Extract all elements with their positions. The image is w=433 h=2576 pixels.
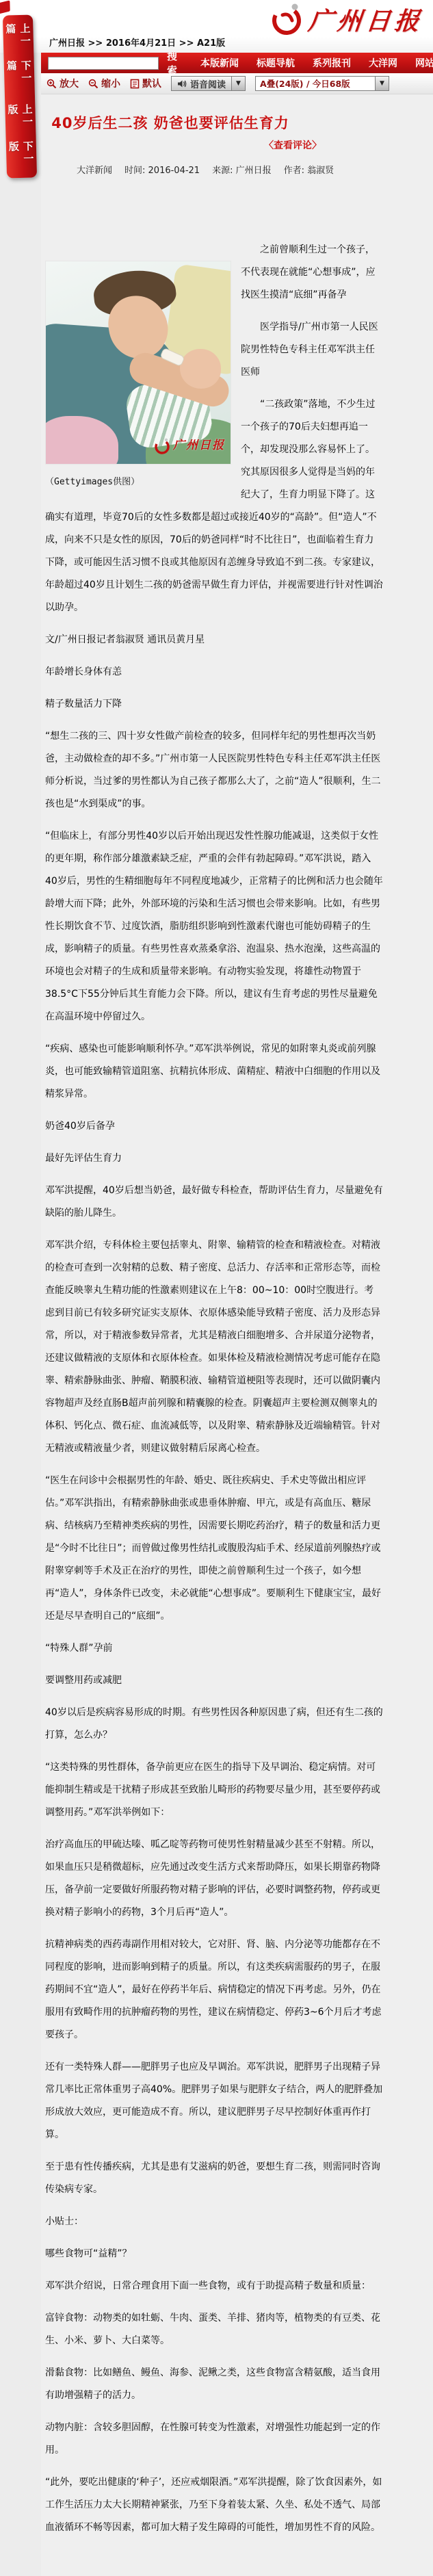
voice-reading-button[interactable]: 语音阅读 bbox=[171, 76, 232, 91]
article-paragraph: “但临床上，有部分男性40岁以后开始出现迟发性性腺功能减退，这类似于女性的更年期… bbox=[45, 825, 383, 1028]
article-paragraph: 富锌食物：动物类的如牡蛎、牛肉、蛋类、羊排、猪肉等，植物类的有豆类、花生、小米、… bbox=[45, 2307, 383, 2352]
article-subheading: 年龄增长身体有恙 bbox=[45, 661, 383, 684]
article-title: 40岁后生二孩 奶爸也要评估生育力 bbox=[51, 112, 290, 133]
article-body: 广州日报 （Gettyimages供图） 之前曾顺利生过一个孩子，不代表现在就能… bbox=[41, 239, 383, 2549]
article-text-flow: 广州日报 （Gettyimages供图） 之前曾顺利生过一个孩子，不代表现在就能… bbox=[45, 239, 383, 2539]
photo-watermark: 广州日报 bbox=[153, 434, 225, 457]
article-subheading: 哪些食物可“益精”？ bbox=[45, 2243, 383, 2265]
article-meta: 大洋新闻 时间: 2016-04-21 来源: 广州日报 作者: 翁淑贤 bbox=[77, 163, 433, 176]
top-nav-bar: 搜索 本版新闻 标题导航 系列报刊 大洋网 网站地图 bbox=[41, 53, 433, 73]
meta-source-site: 大洋新闻 bbox=[77, 163, 112, 176]
side-page-nav: 上一篇 下一篇 上一版 下一版 bbox=[3, 14, 37, 178]
article-subheading: 小贴士： bbox=[45, 2211, 383, 2233]
article-paragraph: “疾病、感染也可能影响顺利怀孕。”邓军洪举例说，常见的如附睾丸炎或前列腺炎，也可… bbox=[45, 1038, 383, 1106]
voice-reading-dropdown-arrow[interactable]: ▼ bbox=[232, 76, 246, 91]
article-paragraph: “这类特殊的男性群体，备孕前更应在医生的指导下及早调治、稳定病情。对可能抑制生精… bbox=[45, 1756, 383, 1824]
next-edition-link[interactable]: 下一版 bbox=[7, 140, 36, 172]
nav-item-current-news[interactable]: 本版新闻 bbox=[200, 56, 239, 70]
site-logo-text: 广州日报 bbox=[306, 2, 425, 37]
zoom-in-button[interactable]: 放大 bbox=[47, 77, 79, 90]
site-header: 广州日报 广州日报 >> 2016年4月21日 >> A21版 bbox=[0, 0, 433, 53]
page-icon bbox=[130, 79, 140, 89]
meta-time: 时间: 2016-04-21 bbox=[124, 163, 200, 176]
article-paragraph: 动物内脏：含较多胆固醇，在性腺可转变为性激素，对增强性功能起到一定的作用。 bbox=[45, 2417, 383, 2462]
search-button[interactable]: 搜索 bbox=[167, 49, 177, 77]
article-photo-block: 广州日报 （Gettyimages供图） bbox=[45, 261, 231, 493]
search-input[interactable] bbox=[48, 57, 159, 70]
meta-origin: 来源: 广州日报 bbox=[212, 163, 272, 176]
next-article-link[interactable]: 下一篇 bbox=[5, 60, 34, 91]
nav-links: 本版新闻 标题导航 系列报刊 大洋网 网站地图 bbox=[200, 56, 433, 70]
photo-baby-head bbox=[180, 349, 221, 389]
meta-author: 作者: 翁淑贤 bbox=[284, 163, 334, 176]
article-paragraph: 滑黏食物：比如鳝鱼、鳗鱼、海参、泥鳅之类，这些食物富含精氨酸，适当食用有助增强精… bbox=[45, 2362, 383, 2407]
article-subheading: 要调整用药或减肥 bbox=[45, 1669, 383, 1692]
newspaper-swirl-logo-icon bbox=[269, 1, 304, 37]
article-subheading: 最好先评估生育力 bbox=[45, 1147, 383, 1170]
prev-article-link[interactable]: 上一篇 bbox=[3, 23, 33, 54]
article-photo: 广州日报 bbox=[45, 261, 231, 465]
article-paragraph: 邓军洪介绍说，日常合理食用下面一些食物，或有于助提高精子数量和质量： bbox=[45, 2275, 383, 2298]
watermark-swirl-icon bbox=[153, 437, 171, 455]
magnifier-minus-icon bbox=[88, 79, 99, 89]
nav-item-series-papers[interactable]: 系列报刊 bbox=[313, 56, 351, 70]
magnifier-plus-icon bbox=[47, 79, 57, 89]
speaker-icon bbox=[177, 79, 187, 88]
article-subheading: “特殊人群”孕前 bbox=[45, 1637, 383, 1660]
article-paragraph: 治疗高血压的甲硫达嗪、呱乙啶等药物可使男性射精量减少甚至不射精。所以，如果血压只… bbox=[45, 1834, 383, 1924]
breadcrumb[interactable]: 广州日报 >> 2016年4月21日 >> A21版 bbox=[49, 36, 225, 49]
article-toolbar: 放大 缩小 默认 语音阅读 ▼ A叠(24版) / 今日68版 ▼ bbox=[41, 73, 433, 94]
watermark-text: 广州日报 bbox=[173, 434, 225, 457]
prev-edition-link[interactable]: 上一版 bbox=[5, 103, 35, 135]
article-subheading: 精子数量活力下降 bbox=[45, 693, 383, 716]
article-paragraph: 抗精神病类的西药毒副作用相对较大，它对肝、肾、脑、内分泌等功能都存在不同程度的影… bbox=[45, 1934, 383, 2046]
article-paragraph: 邓军洪提醒，40岁后想当奶爸，最好做专科检查，帮助评估生育力，尽量避免有缺陷的胎… bbox=[45, 1180, 383, 1225]
photo-caption: （Gettyimages供图） bbox=[45, 471, 231, 493]
article-page: 40岁后生二孩 奶爸也要评估生育力 〈查看评论〉 大洋新闻 时间: 2016-0… bbox=[41, 94, 433, 2576]
view-comments-link[interactable]: 〈查看评论〉 bbox=[41, 138, 322, 152]
article-subheading: 奶爸40岁后备孕 bbox=[45, 1115, 383, 1138]
edition-select[interactable]: A叠(24版) / 今日68版 ▼ bbox=[255, 76, 389, 91]
edition-dropdown-arrow[interactable]: ▼ bbox=[376, 76, 389, 91]
article-paragraph: 还有一类特殊人群——肥胖男子也应及早调治。邓军洪说，肥胖男子出现精子异常几率比正… bbox=[45, 2056, 383, 2146]
article-author-line: 文/广州日报记者翁淑贤 通讯员黄月星 bbox=[45, 629, 383, 651]
nav-item-sitemap[interactable]: 网站地图 bbox=[415, 56, 433, 70]
article-paragraph: 40岁以后是疾病容易形成的时期。有些男性因各种原因患了病，但还有生二孩的打算，怎… bbox=[45, 1702, 383, 1747]
article-paragraph: “医生在问诊中会根据男性的年龄、婚史、既往疾病史、手术史等做出相应评估。”邓军洪… bbox=[45, 1470, 383, 1628]
nav-item-dayoo[interactable]: 大洋网 bbox=[369, 56, 397, 70]
zoom-out-button[interactable]: 缩小 bbox=[88, 77, 120, 90]
article-paragraph: 至于患有性传播疾病，尤其是患有艾滋病的奶爸，要想生育二孩，则需同时咨询传染病专家… bbox=[45, 2156, 383, 2201]
article-paragraph: 邓军洪介绍，专科体检主要包括睾丸、附睾、输精管的检查和精液检查。对精液的检查可查… bbox=[45, 1234, 383, 1460]
article-paragraph: “想生二孩的三、四十岁女性做产前检查的较多，但同样年纪的男性想再次当奶爸，主动做… bbox=[45, 725, 383, 816]
nav-item-headline-nav[interactable]: 标题导航 bbox=[257, 56, 295, 70]
article-paragraph: “此外，要吃出健康的‘种子’，还应戒烟限酒。”邓军洪提醒，除了饮食因素外，如工作… bbox=[45, 2471, 383, 2539]
default-size-button[interactable]: 默认 bbox=[130, 77, 161, 90]
site-logo[interactable]: 广州日报 bbox=[269, 1, 423, 37]
